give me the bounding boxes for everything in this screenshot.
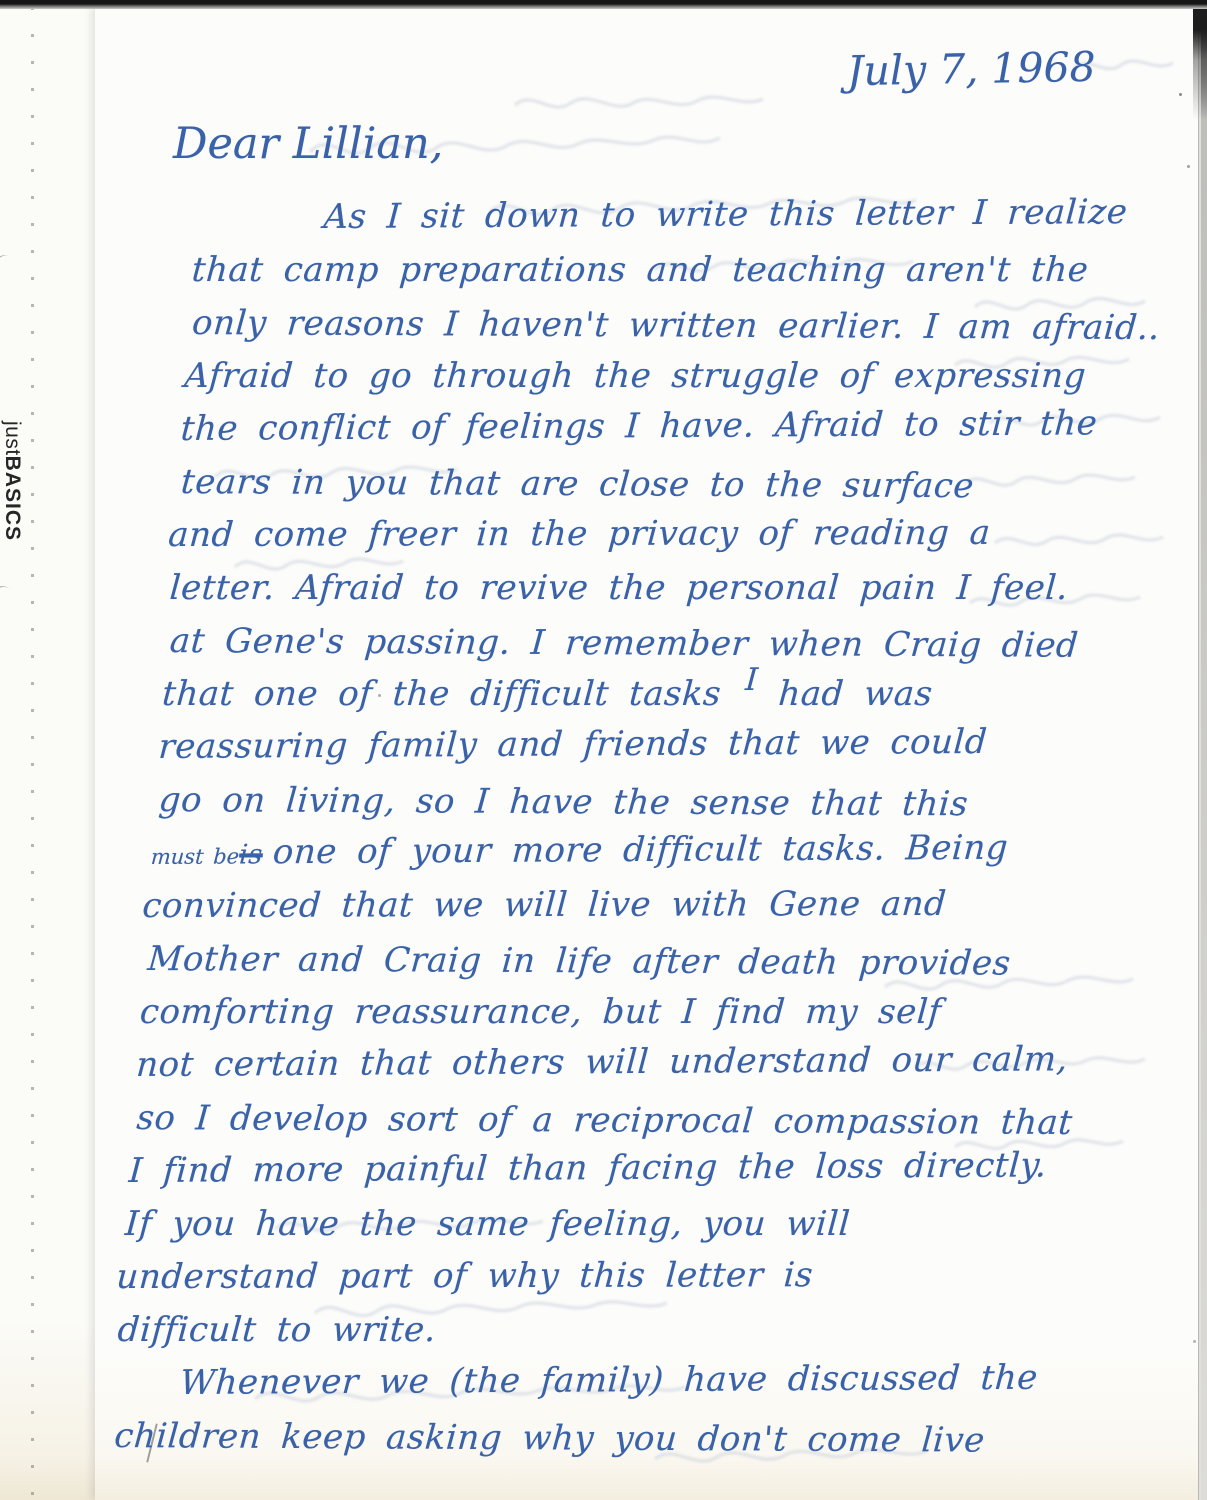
scan-top-edge — [0, 0, 1207, 9]
pencil-mark — [0, 252, 22, 287]
letter-line: Whenever we (the family) have discussed … — [178, 1351, 1136, 1410]
letter-line: I find more painful than facing the loss… — [127, 1139, 1151, 1198]
letter-line: and come freer in the privacy of reading… — [167, 506, 1191, 562]
letter-line: that one of the difficult tasks I had wa… — [160, 668, 1184, 721]
letter-line: reassuring family and friends that we co… — [157, 715, 1181, 774]
superscript-insertion: I — [744, 654, 760, 707]
letter-line: convinced that we will live with Gene an… — [141, 877, 1165, 933]
letter-line: If you have the same feeling, you will — [123, 1198, 1147, 1251]
pad-brand-label: justBASICS — [0, 396, 24, 566]
pad-stub-sheet: justBASICS — [0, 7, 100, 1500]
paper-speck — [1179, 93, 1182, 96]
pad-brand-bold: BASICS — [1, 456, 24, 541]
letter-line: comforting reassurance, but I find my se… — [138, 986, 1162, 1039]
letter-line: only reasons I haven't written earlier. … — [190, 297, 1207, 355]
letter-line: children keep asking why you don't come … — [112, 1410, 1136, 1468]
scanned-letter-page: justBASICS — [0, 0, 1207, 1500]
letter-sheet: July 7, 1968 Dear Lillian, As I sit down… — [95, 7, 1199, 1500]
letter-line: Mother and Craig in life after death pro… — [146, 933, 1170, 991]
letter-line: at Gene's passing. I remember when Craig… — [168, 615, 1192, 673]
pad-brand-light: just — [1, 421, 24, 456]
letter-body: As I sit down to write this letter I rea… — [109, 191, 1207, 1463]
letter-line: understand part of why this letter is — [115, 1248, 1139, 1304]
letter-line: must beisone of your more difficult task… — [149, 821, 1173, 880]
letter-line: tears in you that are close to the surfa… — [179, 456, 1203, 514]
scan-corner-shadow — [1193, 0, 1207, 120]
letter-line: As I sit down to write this letter I rea… — [322, 186, 1207, 244]
letter-line: that camp preparations and teaching aren… — [190, 244, 1207, 297]
letter-line: Afraid to go through the struggle of exp… — [183, 350, 1207, 403]
letter-line: letter. Afraid to revive the personal pa… — [168, 562, 1192, 615]
letter-line: the conflict of feelings I have. Afraid … — [179, 397, 1203, 456]
letter-line: not certain that others will understand … — [135, 1033, 1159, 1092]
letter-line: difficult to write. — [116, 1304, 1140, 1357]
pencil-mark — [0, 581, 22, 617]
scan-right-edge — [1201, 0, 1207, 1500]
correction-insertion: must beis — [149, 826, 264, 882]
letter-salutation: Dear Lillian, — [173, 119, 443, 169]
letter-date: July 7, 1968 — [847, 43, 1096, 95]
perforation-dots — [31, 7, 34, 1500]
